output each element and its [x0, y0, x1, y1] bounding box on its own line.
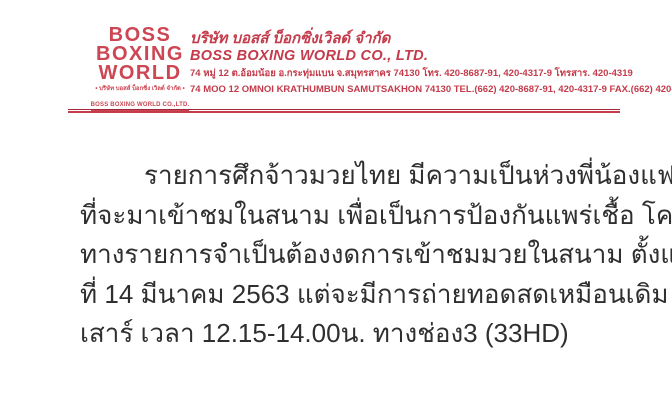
address-thai: 74 หมู่ 12 ต.อ้อมน้อย อ.กระทุ่มแบน จ.สมุ…: [190, 67, 660, 81]
boss-boxing-world-logo: BOSS BOXING WORLD • บริษัท บอสส์ บ็อกซิ่…: [84, 26, 196, 111]
divider-thin-line: [68, 109, 620, 110]
company-name-thai: บริษัท บอสส์ บ็อกซิ่งเวิลด์ จำกัด: [190, 30, 660, 48]
company-info: บริษัท บอสส์ บ็อกซิ่งเวิลด์ จำกัด BOSS B…: [190, 30, 660, 96]
letterhead: BOSS BOXING WORLD • บริษัท บอสส์ บ็อกซิ่…: [0, 0, 672, 120]
logo-caption-thai: • บริษัท บอสส์ บ็อกซิ่ง เวิลด์ จำกัด •: [84, 86, 196, 93]
divider-thick-line: [68, 111, 620, 113]
logo-word-world: WORLD: [84, 64, 196, 83]
letter-page: BOSS BOXING WORLD • บริษัท บอสส์ บ็อกซิ่…: [0, 0, 672, 399]
body-line-5: เสาร์ เวลา 12.15-14.00น. ทางช่อง3 (33HD): [80, 314, 610, 354]
body-line-4: ที่ 14 มีนาคม 2563 แต่จะมีการถ่ายทอดสดเห…: [80, 275, 610, 315]
body-line-3: ทางรายการจำเป็นต้องงดการเข้าชมมวยในสนาม …: [80, 235, 610, 275]
address-english: 74 MOO 12 OMNOI KRATHUMBUN SAMUTSAKHON 7…: [190, 83, 660, 97]
company-name-english: BOSS BOXING WORLD CO., LTD.: [190, 48, 660, 65]
letterhead-divider: [68, 109, 620, 113]
body-line-2: ที่จะมาเข้าชมในสนาม เพื่อเป็นการป้องกันแ…: [80, 196, 610, 236]
letter-body-paragraph: รายการศึกจ้าวมวยไทย มีความเป็นห่วงพี่น้อ…: [80, 156, 610, 354]
body-line-1: รายการศึกจ้าวมวยไทย มีความเป็นห่วงพี่น้อ…: [80, 156, 610, 196]
